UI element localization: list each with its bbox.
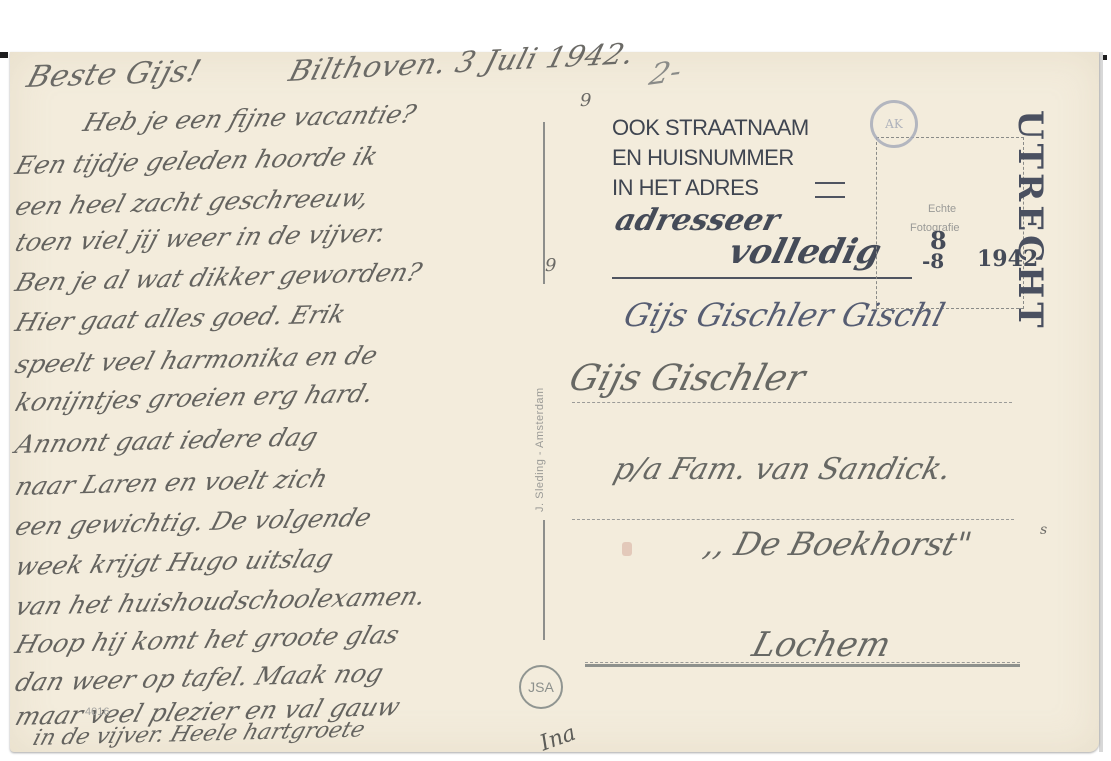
margin-mark: 9 — [545, 255, 557, 276]
address-underline — [585, 664, 1020, 667]
postmark-city: UTRECHT — [1010, 110, 1050, 332]
address-line-1 — [572, 402, 1012, 403]
center-divider — [543, 122, 545, 284]
postmark-slogan-line: OOK STRAATNAAM — [612, 117, 809, 139]
censor-mark-text: AK — [885, 117, 903, 131]
publisher-imprint: J. Sleding - Amsterdam — [534, 387, 546, 512]
scan-shadow — [1099, 52, 1103, 752]
address-line-2 — [572, 519, 1014, 520]
address-name-blue: Gijs Gischler Gischl — [620, 296, 949, 334]
margin-mark: 9 — [580, 90, 592, 111]
ink-smudge — [622, 542, 632, 556]
address-name: Gijs Gischler — [565, 358, 809, 399]
postmark-rule — [612, 277, 912, 279]
address-line-3 — [585, 662, 1020, 663]
postmark-month: -8 — [922, 249, 944, 273]
greeting: Beste Gijs! — [23, 54, 205, 95]
card-number: 4016 — [85, 706, 109, 718]
publisher-logo: JSA — [519, 665, 563, 709]
scan-edge-left — [0, 52, 8, 58]
publisher-logo-text: JSA — [528, 679, 554, 695]
postmark-slogan-line: IN HET ADRES — [612, 177, 758, 199]
address-city: Lochem — [748, 625, 895, 665]
address-house: ,, De Boekhorst" — [700, 525, 976, 563]
center-divider — [543, 520, 545, 640]
censor-mark: AK — [870, 100, 918, 148]
address-care-of: p/a Fam. van Sandick. — [610, 452, 955, 487]
address-house-note: s — [1040, 522, 1048, 538]
postmark-slogan-line: EN HUISNUMMER — [612, 147, 794, 169]
postmark-dashes — [815, 182, 845, 198]
stamp-label-echte: Echte — [928, 203, 956, 215]
postmark-script-volledig: volledig — [725, 232, 885, 272]
